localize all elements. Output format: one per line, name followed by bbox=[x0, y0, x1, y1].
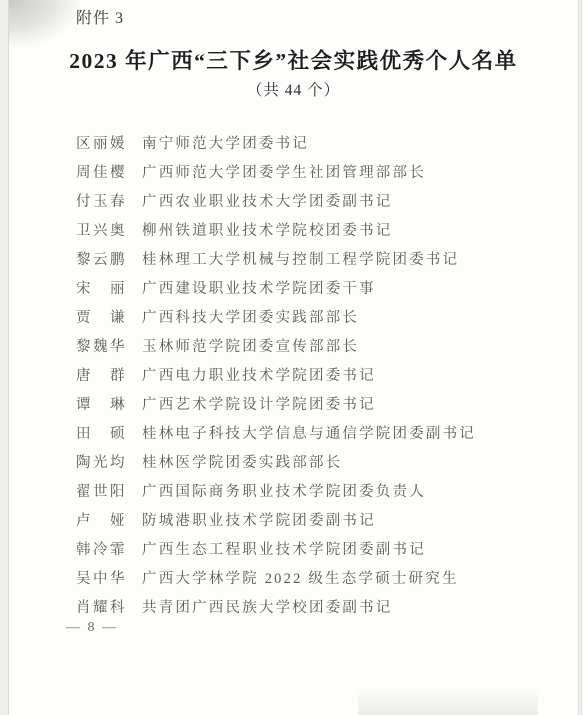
list-item: 区丽媛南宁师范大学团委书记 bbox=[76, 130, 556, 159]
list-item: 付玉春广西农业职业技术大学团委副书记 bbox=[76, 188, 556, 217]
person-role: 广西电力职业技术学院团委书记 bbox=[142, 362, 376, 391]
person-role: 玉林师范学院团委宣传部部长 bbox=[142, 333, 359, 362]
list-item: 唐 群广西电力职业技术学院团委书记 bbox=[76, 362, 556, 391]
person-name: 付玉春 bbox=[76, 188, 133, 217]
list-item: 韩冷霏广西生态工程职业技术学院团委副书记 bbox=[76, 536, 556, 565]
person-name: 贾 谦 bbox=[76, 304, 133, 333]
page-title: 2023 年广西“三下乡”社会实践优秀个人名单 bbox=[9, 44, 578, 75]
person-name: 田 硕 bbox=[76, 420, 133, 449]
person-name: 肖耀科 bbox=[76, 594, 133, 623]
list-item: 翟世阳广西国际商务职业技术学院团委负责人 bbox=[76, 478, 556, 507]
list-item: 陶光均桂林医学院团委实践部部长 bbox=[76, 449, 556, 478]
person-role: 广西科技大学团委实践部部长 bbox=[142, 304, 359, 333]
list-item: 田 硕桂林电子科技大学信息与通信学院团委副书记 bbox=[76, 420, 556, 449]
person-name: 卢 娅 bbox=[76, 507, 133, 536]
list-item: 肖耀科共青团广西民族大学校团委副书记 bbox=[76, 594, 556, 623]
person-role: 柳州铁道职业技术学院校团委书记 bbox=[142, 217, 393, 246]
person-role: 桂林医学院团委实践部部长 bbox=[142, 449, 342, 478]
page-number: — 8 — bbox=[66, 620, 118, 636]
list-item: 贾 谦广西科技大学团委实践部部长 bbox=[76, 304, 556, 333]
scan-corner-shadow bbox=[9, 0, 79, 46]
document-page: 附件 3 2023 年广西“三下乡”社会实践优秀个人名单 （共 44 个） 区丽… bbox=[8, 0, 579, 715]
person-role: 防城港职业技术学院团委副书记 bbox=[142, 507, 376, 536]
list-item: 宋 丽广西建设职业技术学院团委干事 bbox=[76, 275, 556, 304]
person-name: 周佳樱 bbox=[76, 159, 133, 188]
list-item: 卫兴奥柳州铁道职业技术学院校团委书记 bbox=[76, 217, 556, 246]
person-name: 宋 丽 bbox=[76, 275, 133, 304]
list-item: 卢 娅防城港职业技术学院团委副书记 bbox=[76, 507, 556, 536]
person-role: 南宁师范大学团委书记 bbox=[142, 130, 309, 159]
person-role: 广西建设职业技术学院团委干事 bbox=[142, 275, 376, 304]
person-role: 桂林电子科技大学信息与通信学院团委副书记 bbox=[142, 420, 476, 449]
person-role: 共青团广西民族大学校团委副书记 bbox=[142, 594, 393, 623]
person-name: 黎云鹏 bbox=[76, 246, 133, 275]
person-name: 吴中华 bbox=[76, 565, 133, 594]
person-name: 唐 群 bbox=[76, 362, 133, 391]
person-name: 翟世阳 bbox=[76, 478, 133, 507]
person-name: 陶光均 bbox=[76, 449, 133, 478]
person-name: 谭 琳 bbox=[76, 391, 133, 420]
list-item: 谭 琳广西艺术学院设计学院团委书记 bbox=[76, 391, 556, 420]
page-subtitle: （共 44 个） bbox=[9, 78, 578, 100]
list-item: 黎云鹏桂林理工大学机械与控制工程学院团委书记 bbox=[76, 246, 556, 275]
list-item: 吴中华广西大学林学院 2022 级生态学硕士研究生 bbox=[76, 565, 556, 594]
scan-bottom-shadow bbox=[358, 689, 538, 715]
person-name: 黎魏华 bbox=[76, 333, 133, 362]
person-role: 广西师范大学团委学生社团管理部部长 bbox=[142, 159, 426, 188]
person-name: 卫兴奥 bbox=[76, 217, 133, 246]
list-item: 黎魏华玉林师范学院团委宣传部部长 bbox=[76, 333, 556, 362]
person-name: 区丽媛 bbox=[76, 130, 133, 159]
person-role: 广西大学林学院 2022 级生态学硕士研究生 bbox=[142, 565, 459, 594]
person-role: 广西艺术学院设计学院团委书记 bbox=[142, 391, 376, 420]
attachment-label: 附件 3 bbox=[76, 5, 124, 28]
award-name-list: 区丽媛南宁师范大学团委书记 周佳樱广西师范大学团委学生社团管理部部长 付玉春广西… bbox=[76, 130, 556, 623]
person-role: 广西生态工程职业技术学院团委副书记 bbox=[142, 536, 426, 565]
person-name: 韩冷霏 bbox=[76, 536, 133, 565]
list-item: 周佳樱广西师范大学团委学生社团管理部部长 bbox=[76, 159, 556, 188]
person-role: 广西农业职业技术大学团委副书记 bbox=[142, 188, 393, 217]
person-role: 桂林理工大学机械与控制工程学院团委书记 bbox=[142, 246, 459, 275]
person-role: 广西国际商务职业技术学院团委负责人 bbox=[142, 478, 426, 507]
